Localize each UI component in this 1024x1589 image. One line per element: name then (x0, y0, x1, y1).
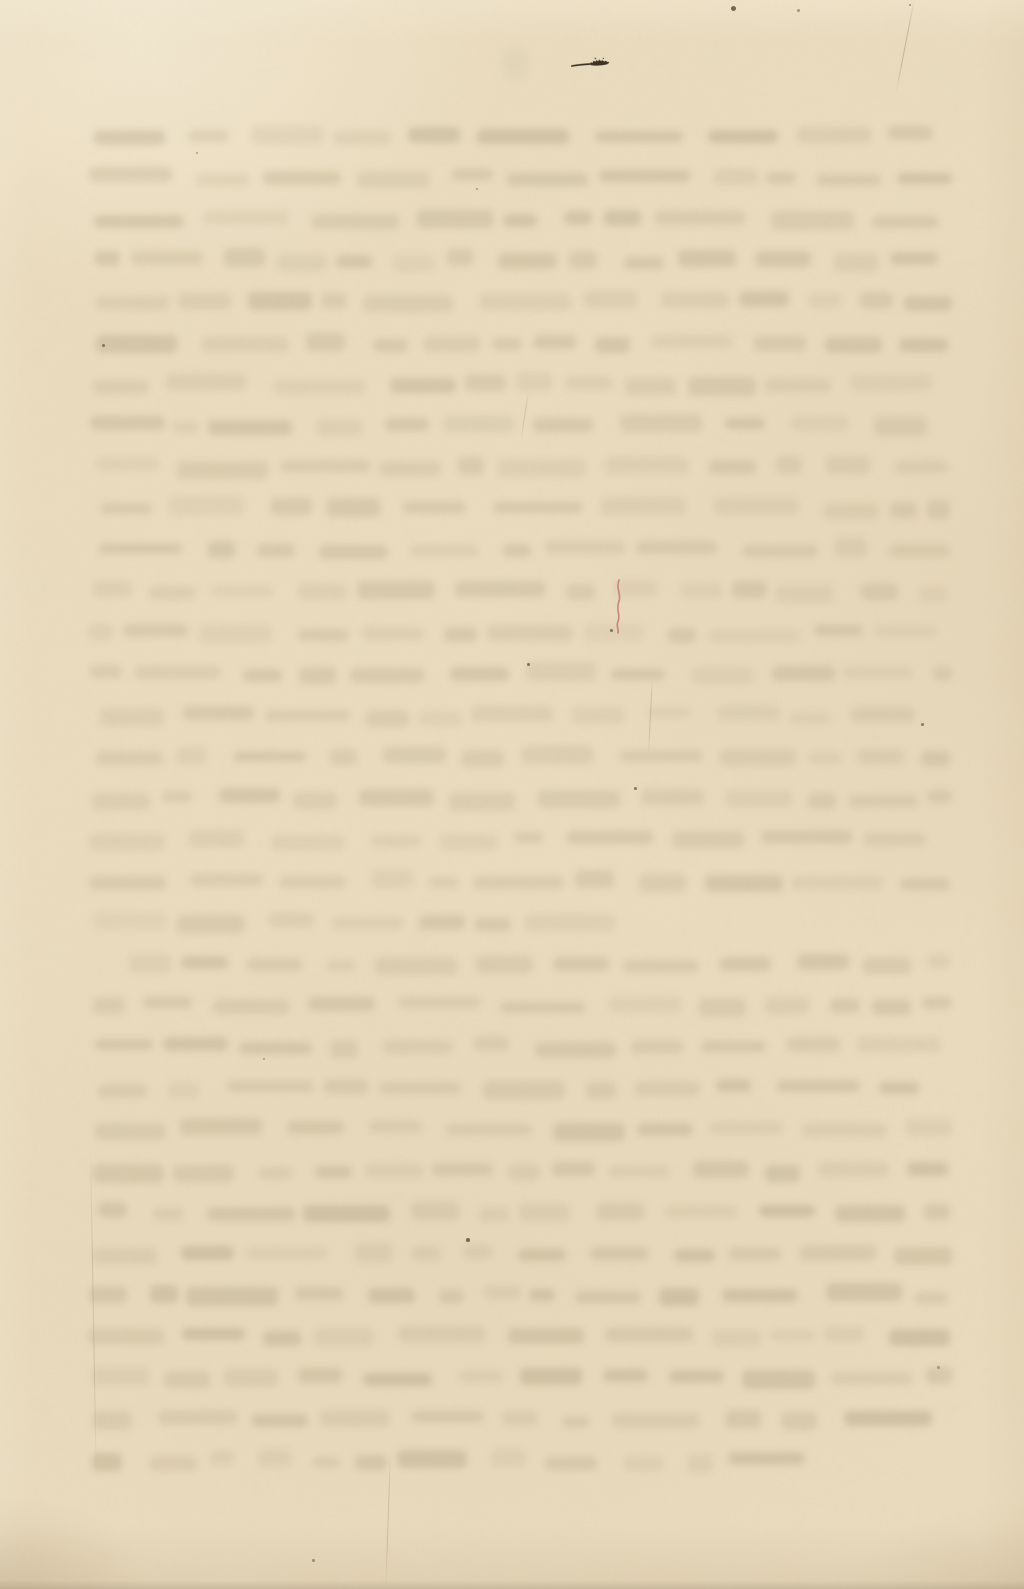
paper-crease (90, 1148, 97, 1483)
paper-speck (634, 787, 637, 790)
header-ghost-numeral-blob (497, 40, 535, 88)
scanned-page (0, 0, 1024, 1589)
paper-speck (909, 4, 911, 6)
header-ink-dash-mark (568, 53, 613, 73)
paper-crease (385, 1452, 391, 1587)
paper-speck (196, 152, 198, 154)
page-bottom-edge-shadow (0, 1580, 1024, 1589)
paper-crease (648, 676, 653, 754)
stains-and-marks-layer (0, 0, 1024, 1589)
paper-speck (476, 188, 478, 190)
paper-crease (520, 392, 529, 440)
paper-speck (731, 6, 736, 11)
paper-speck (102, 344, 105, 347)
paper-speck (610, 629, 613, 632)
paper-speck (466, 1238, 470, 1242)
paper-speck (937, 1366, 940, 1369)
red-ink-squiggle (610, 578, 628, 634)
paper-speck (921, 723, 924, 726)
paper-speck (263, 1058, 265, 1060)
paper-speck (527, 663, 530, 666)
paper-speck (797, 9, 800, 12)
paper-speck (312, 1559, 315, 1562)
paper-crease (895, 0, 915, 94)
